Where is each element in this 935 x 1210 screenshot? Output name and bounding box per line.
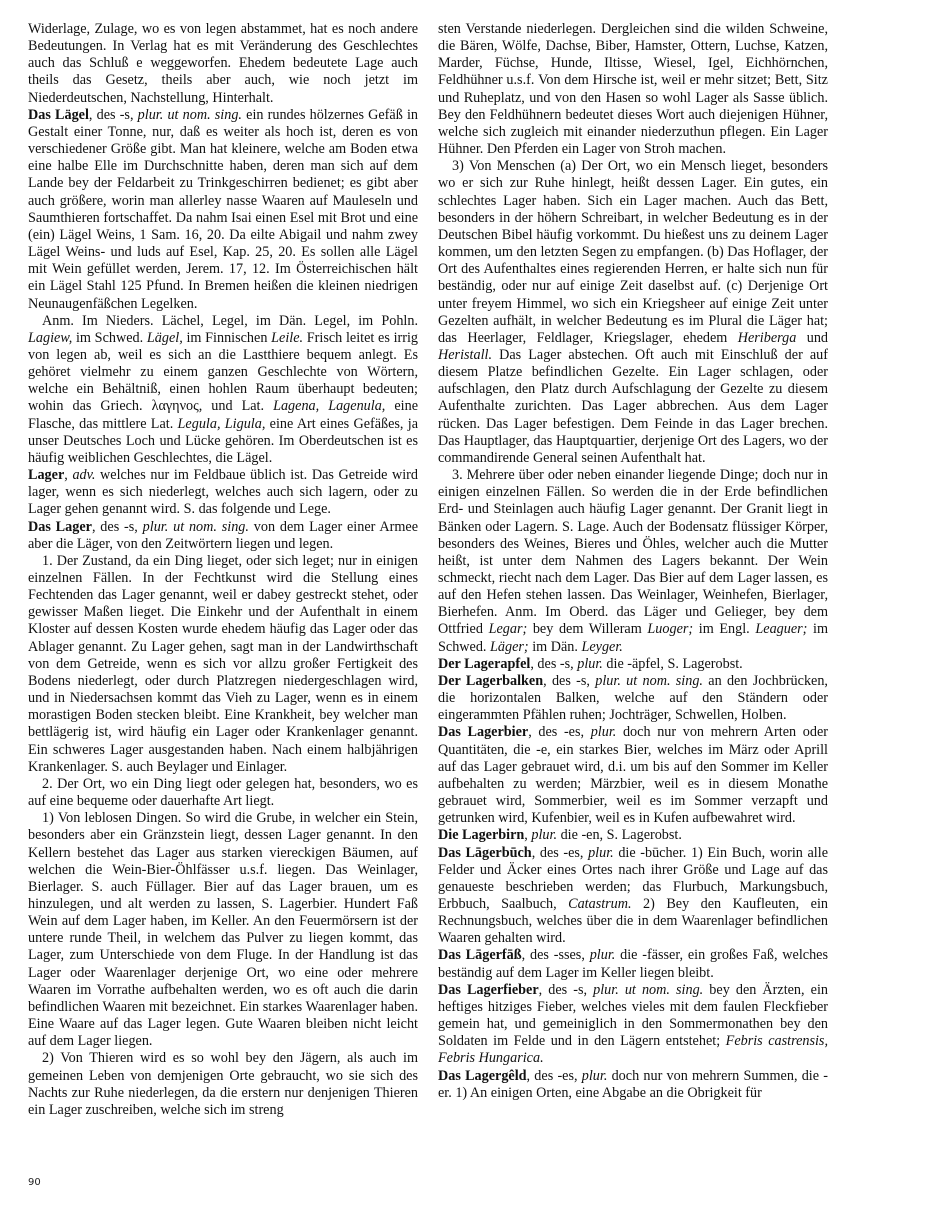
sense-text: 3. Mehrere über oder neben einander lieg… — [438, 467, 828, 637]
entry-lagerbier: Das Lagerbier, des -es, plur. doch nur v… — [438, 724, 828, 827]
entry-das-lager: Das Lager, des -s, plur. ut nom. sing. v… — [28, 519, 418, 553]
grammar-label: plur. — [591, 724, 617, 740]
grammar-text: , des -s, — [89, 107, 138, 123]
grammar-label: plur. — [590, 947, 616, 963]
grammar-label: plur. ut nom. sing. — [138, 107, 242, 123]
grammar-label: plur. — [588, 845, 614, 861]
foreign-word: Leaguer; — [755, 621, 807, 637]
sense-2-1: 1) Von leblosen Dingen. So wird die Grub… — [28, 810, 418, 1050]
sense-text: bey dem Willeram — [527, 621, 647, 637]
foreign-word: Lagiew, — [28, 330, 72, 346]
sense-text: und — [796, 330, 828, 346]
sense-2: 2. Der Ort, wo ein Ding liegt oder geleg… — [28, 776, 418, 810]
entry-laegel: Das Lägel, des -s, plur. ut nom. sing. e… — [28, 107, 418, 313]
entry-lagerfass: Das Lāgerfāß, des -sses, plur. die -fäss… — [438, 947, 828, 981]
left-column: Widerlage, Zulage, wo es von legen absta… — [28, 21, 418, 1119]
definition-text: die -äpfel, S. Lagerobst. — [603, 656, 743, 672]
note-anm-laegel: Anm. Im Nieders. Lächel, Legel, im Dän. … — [28, 313, 418, 467]
entry-headword: Das Lägel — [28, 107, 89, 123]
sense-text: im Engl. — [693, 621, 755, 637]
entry-lagerbalken: Der Lagerbalken, des -s, plur. ut nom. s… — [438, 673, 828, 724]
paragraph-lage-continuation: Widerlage, Zulage, wo es von legen absta… — [28, 21, 418, 107]
entry-headword: Das Lagerbier — [438, 724, 528, 740]
definition-text: die -en, S. Lagerobst. — [557, 827, 682, 843]
dictionary-page: Widerlage, Zulage, wo es von legen absta… — [0, 0, 935, 1210]
foreign-word: Legar; — [489, 621, 528, 637]
foreign-word: Luoger; — [647, 621, 693, 637]
entry-headword: Die Lagerbirn — [438, 827, 524, 843]
sense-1: 1. Der Zustand, da ein Ding lieget, oder… — [28, 553, 418, 776]
foreign-word: Leyger. — [581, 639, 622, 655]
entry-headword: Der Lagerapfel — [438, 656, 530, 672]
entry-headword: Das Lāgerbūch — [438, 845, 532, 861]
entry-headword: Das Lagergêld — [438, 1068, 527, 1084]
grammar-text: , des -es, — [528, 724, 591, 740]
foreign-word: Läger; — [490, 639, 529, 655]
entry-headword: Lager — [28, 467, 64, 483]
entry-headword: Das Lager — [28, 519, 92, 535]
foreign-word: Leile. — [271, 330, 303, 346]
sense-3: 3. Mehrere über oder neben einander lieg… — [438, 467, 828, 656]
grammar-label: adv. — [72, 467, 95, 483]
grammar-label: plur. ut nom. sing. — [143, 519, 249, 535]
foreign-word: Heristall. — [438, 347, 492, 363]
entry-headword: Der Lagerbalken — [438, 673, 543, 689]
entry-headword: Das Lāgerfāß — [438, 947, 522, 963]
foreign-word: Lagena, Lage­nula, — [273, 398, 385, 414]
note-text: Anm. Im Nieders. Lächel, Legel, im Dän. … — [42, 313, 418, 329]
grammar-text: , des -s, — [530, 656, 577, 672]
grammar-text: , des -es, — [527, 1068, 582, 1084]
entry-lagergeld: Das Lagergêld, des -es, plur. doch nur v… — [438, 1068, 828, 1102]
grammar-text: , des -s, — [539, 982, 594, 998]
grammar-text: , des -sses, — [522, 947, 590, 963]
sense-text: Das Lager abstechen. Oft auch mit Einsch… — [438, 347, 828, 466]
entry-lagerfieber: Das Lagerfieber, des -s, plur. ut nom. s… — [438, 982, 828, 1068]
foreign-word: Legula, Ligula, — [178, 416, 266, 432]
note-text: im Finnischen — [183, 330, 271, 346]
entry-lagerbirn: Die Lagerbirn, plur. die -en, S. Lagerob… — [438, 827, 828, 844]
definition-text: ein rundes hölzernes Gefäß in Gestalt ei… — [28, 107, 418, 312]
grammar-label: plur. ut nom. sing. — [595, 673, 703, 689]
foreign-word: Catastrum. — [568, 896, 631, 912]
grammar-text: , des -es, — [532, 845, 588, 861]
grammar-text: , des -s, — [543, 673, 595, 689]
sense-2-2: 2) Von Thieren wird es so wohl bey den J… — [28, 1050, 418, 1119]
entry-headword: Das Lagerfieber — [438, 982, 539, 998]
foreign-word: Heriberga — [738, 330, 797, 346]
entry-lagerbuch: Das Lāgerbūch, des -es, plur. die -būche… — [438, 845, 828, 948]
sense-text: 3) Von Menschen (a) Der Ort, wo ein Mens… — [438, 158, 828, 346]
entry-lager-adv: Lager, adv. welches nur im Feldbaue übli… — [28, 467, 418, 518]
grammar-label: plur. — [582, 1068, 608, 1084]
grammar-label: plur. — [577, 656, 603, 672]
sense-2-2-continuation: sten Verstande niederlegen. Dergleichen … — [438, 21, 828, 158]
sense-2-3: 3) Von Menschen (a) Der Ort, wo ein Mens… — [438, 158, 828, 467]
grammar-label: plur. ut nom. sing. — [593, 982, 703, 998]
sense-text: im Dän. — [529, 639, 582, 655]
entry-lagerapfel: Der Lagerapfel, des -s, plur. die -äpfel… — [438, 656, 828, 673]
right-column: sten Verstande niederlegen. Dergleichen … — [438, 21, 828, 1102]
grammar-label: plur. — [531, 827, 557, 843]
foreign-word: Lägel, — [147, 330, 183, 346]
grammar-text: , des -s, — [92, 519, 143, 535]
page-number: 90 — [28, 1174, 41, 1191]
note-text: im Schwed. — [72, 330, 147, 346]
